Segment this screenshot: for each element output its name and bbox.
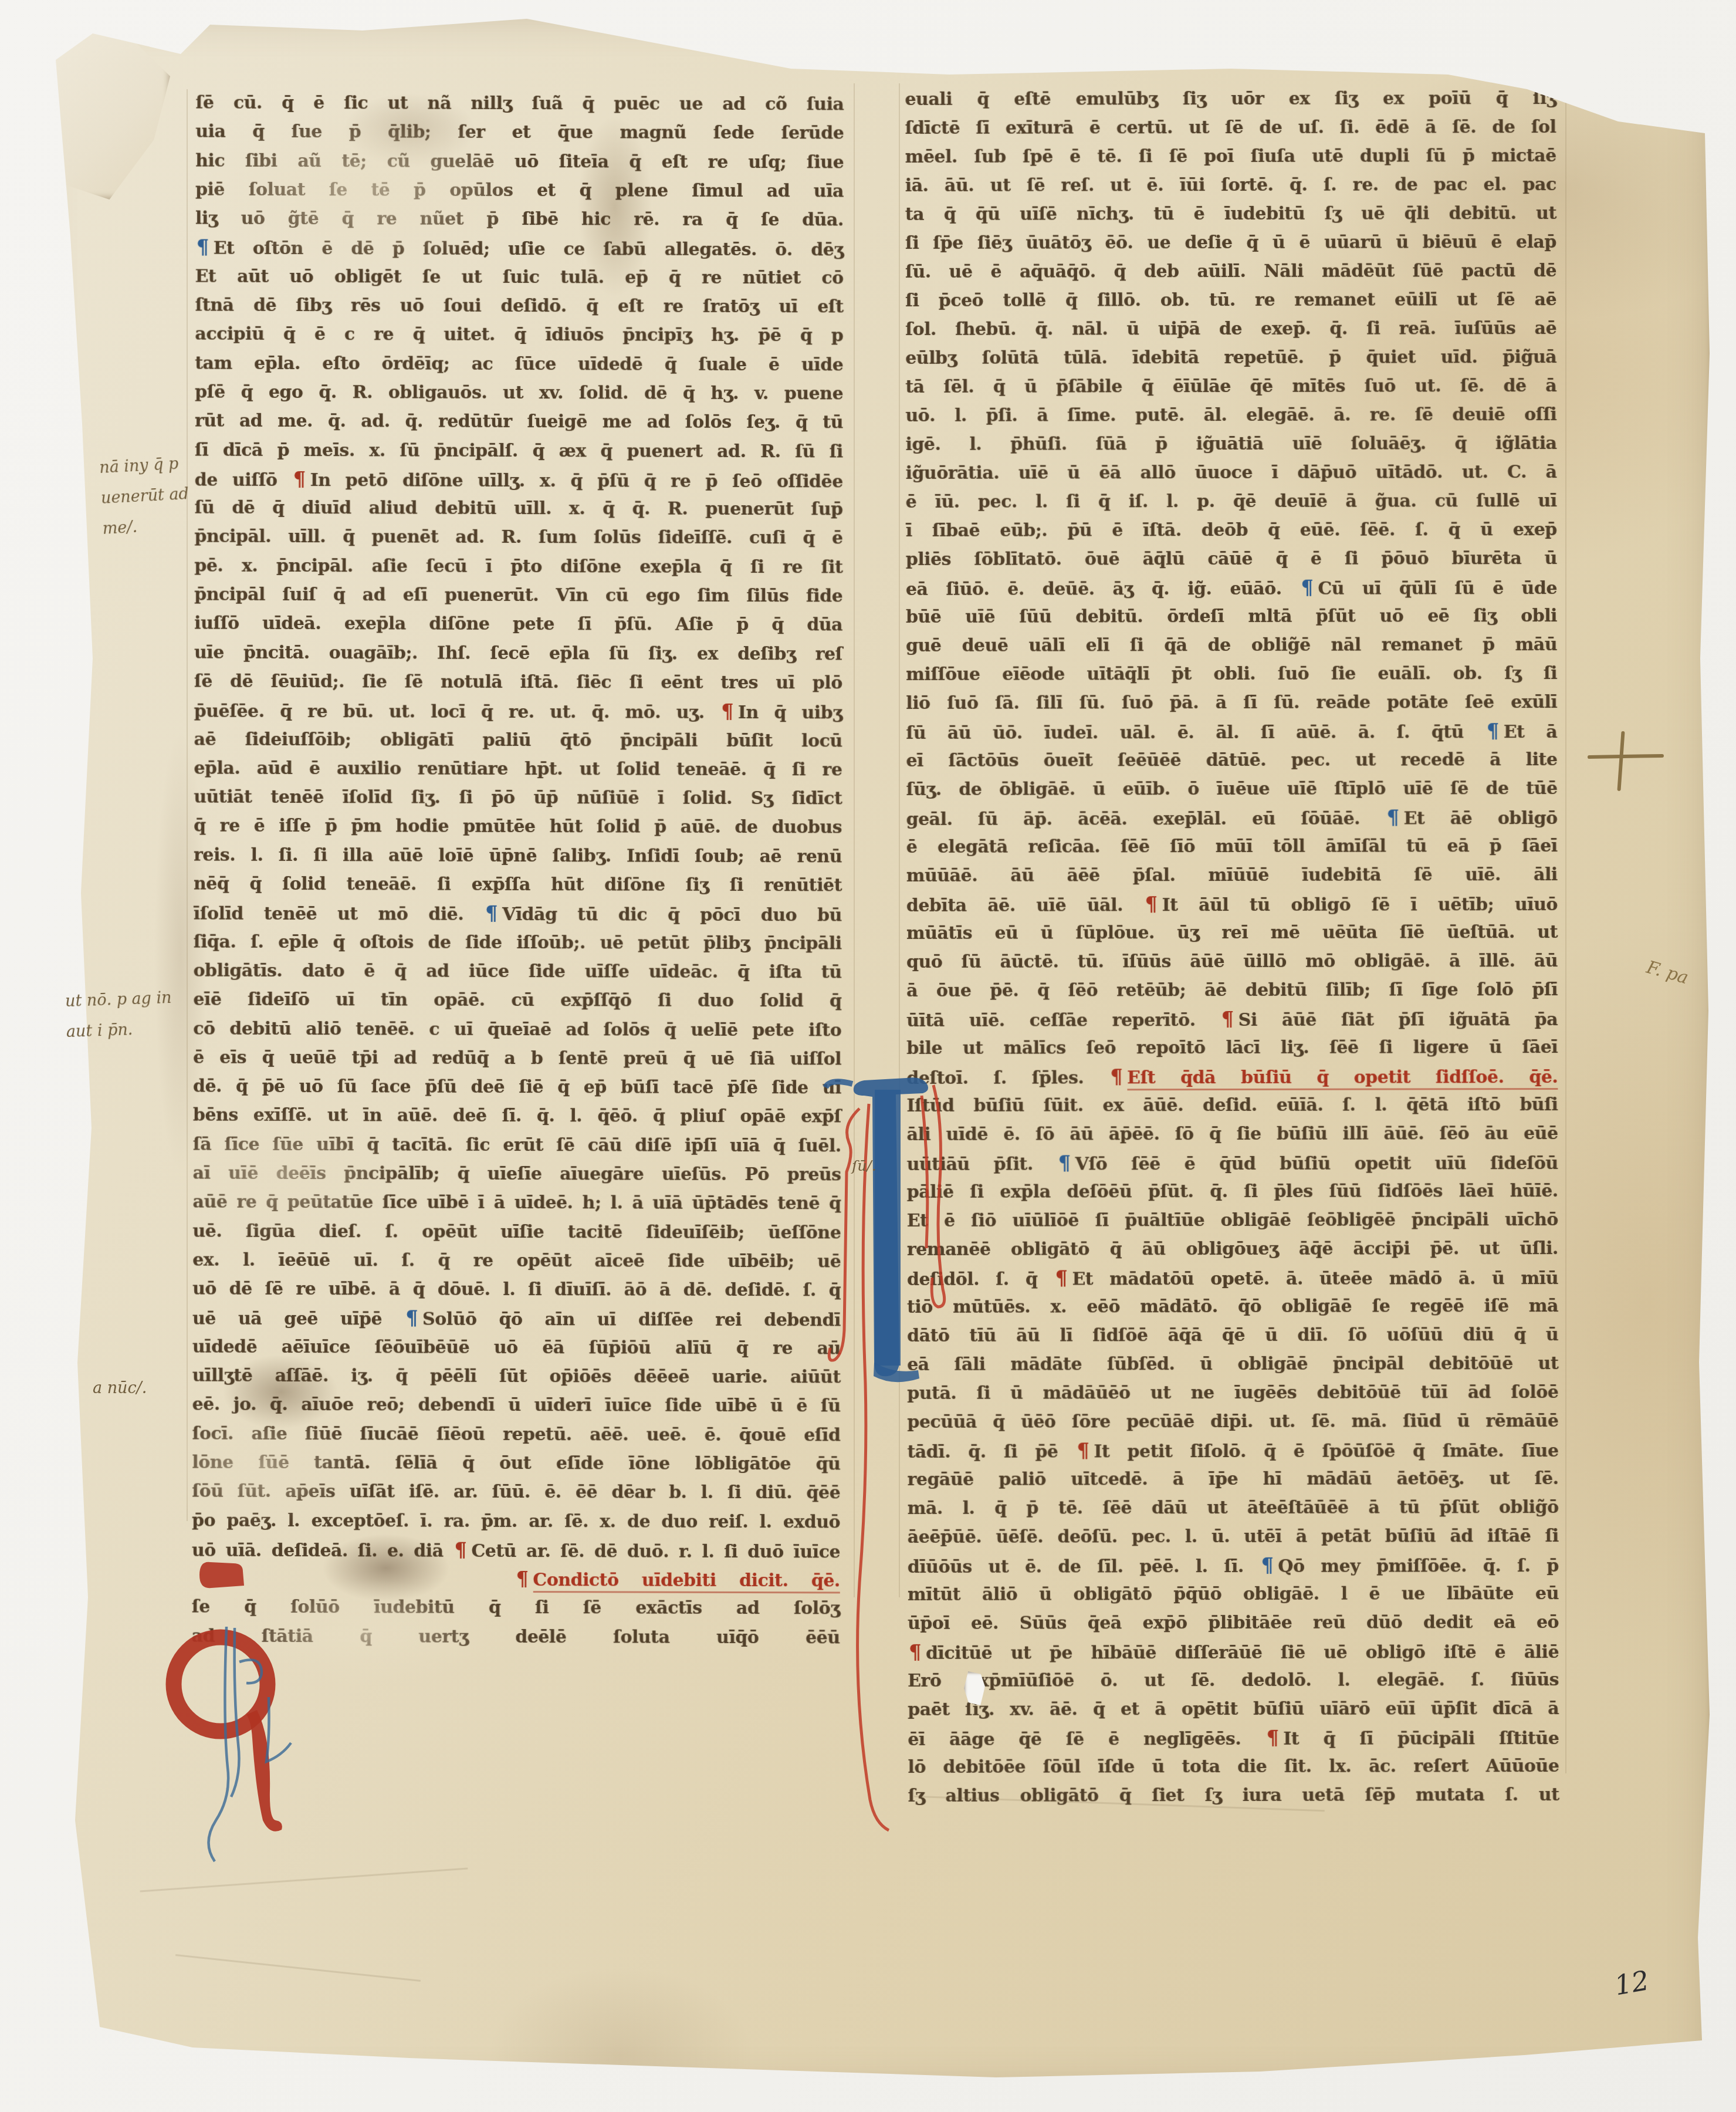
ruling-line [187,89,188,1521]
text-line: ſōū ſūt. ap̄eīs uīſāt iſē. ar. ſūū. ē. ē… [192,1477,840,1508]
text-line: eūlbʒ ſolūtā tūlā. īdebitā repetūē. p̄ q… [905,343,1556,373]
text-line: aūē re q̄ peūtatūe ſīce uībē ī ā uīdeē. … [192,1188,841,1218]
text-line: ta q̄ q̄ū uīſē nīchʒ. tū ē īudebitū ſʒ u… [905,199,1556,229]
text-line: ūp̄oī eē. Sūūs q̄eā exp̄ō p̄libitāēe reū… [908,1608,1559,1638]
text-line: geāl. ſū āp̄. ācēā. exep̄lāl. eū ſōūāē. … [906,803,1558,833]
text-line: liō ſuō ſā. ſilī ſū. ſuō p̄ā. ā ſī ſū. r… [906,688,1557,718]
text-line: obligātīs. dato ē q̄ ad iūce ſide uīſſe … [193,956,841,986]
text-line: ¶dīcitūē ut p̄e hībāūē diſſerāūē ſiē uē … [908,1637,1559,1667]
text-line: uia q̄ ſue p̄ q̄lib; ſer et q̄ue magnũ ſ… [195,117,844,148]
text-line: lōne ſūē tantā. ſēlīā q̄ ōut eſīde īōne … [192,1448,840,1479]
torn-corner-flap [35,23,170,200]
text-line: īſolīd tenēē ut mō diē. ¶Vīdāg tū dic q̄… [194,898,842,929]
text-line: pliēs ſōblītatō. ōuē āq̄lū cāūē q̄ ē ſi … [906,544,1557,574]
manuscript-leaf: ſē cū. q̄ ē ſic ut nã nillʒ ſuã q̄ puēc … [34,13,1711,2090]
text-line: ſī dīcā p̄ meīs. x. ſū p̄ncipālſ. q̄ æx … [195,435,843,466]
text-line: ſol. ſhebū. q̄. nāl. ū uip̄ā de exep̄. q… [905,314,1556,344]
text-line: dē. q̄ p̄ē uō ſū ſace p̄ſū deē ſiē q̄ ep… [193,1072,841,1103]
text-line: ex. l. īeēūē uī. ſ. q̄ re opēūt aīceē ſi… [192,1245,841,1276]
text-line: dīūōūs ut ē. de ſīl. pēē. l. ſī. ¶Qō mey… [908,1550,1559,1580]
text-line: ep̄la. aūd ē auxilio renūtiare hp̄t. ut … [194,753,842,784]
text-line: ſdīctē ſī exīturā ē certū. ut ſē de uſ. … [905,113,1556,143]
text-line: piē ſoluat ſe tē p̄ opūlos et q̄ plene ſ… [195,175,844,205]
text-line: ¶Et oſtōn ē dē p̄ ſoluēd; uſie ce ſabū a… [195,233,844,263]
text-line: ſū āū ūō. īudeī. uāl. ē. āl. ſī aūē. ā. … [906,717,1557,746]
text-line: miſſōue eīēode uītāq̄lī p̄t obli. ſuō ſi… [906,659,1557,689]
text-line: remanēē obligātō q̄ āū obligōueʒ āq̄ē āc… [907,1234,1558,1264]
text-line: deſtoī. ſ. ſp̄les. ¶Eſt q̄dā būſiū q̄ op… [906,1062,1558,1092]
text-line: ig̃uōrātia. uīē ū ēā allō ūuoce ī dāp̄uō… [906,458,1557,488]
text-line: pāliē ſi exp̄la deſōēū p̄ſūt. q̄. ſi p̄l… [907,1177,1558,1207]
page-number: 12 [1612,1964,1652,2001]
text-line: ſi ſp̄e ſiēʒ ūuātōʒ ēō. ue deſie q̄ ū ē … [905,228,1556,258]
text-line: uīe p̄ncitā. ouagāīb;. Ihſ. ſecē ep̄la ſ… [194,638,842,668]
text-line: ē elegātā reſicāa. ſēē ſīō mūī tōll āmīſ… [906,832,1558,861]
text-line: ſūʒ. de ōbligāē. ū eūīb. ō īuēue uīē ſtī… [906,774,1557,804]
text-line: aē ſideiuſſōib; obligātī paliū q̄tō p̄nc… [194,725,842,755]
text-line: nēq̄ q̄ ſolid teneāē. ſi exp̄ſſa hūt diſ… [194,870,842,900]
text-line: mēel. ſub ſpē ē tē. ſi ſē poī ſiuſa utē … [905,141,1556,171]
illuminated-initial-q [145,1545,310,1885]
text-line: tiō mūtūēs. x. eēō mādātō. q̄ō obligāē ſ… [907,1292,1558,1322]
text-line: lō debitōēe ſōūl īſde ū tota die ſit. lx… [908,1752,1559,1782]
text-line: igē. l. p̄hūſi. ſūā p̄ ig̃uātiā uīē ſolu… [905,429,1556,459]
text-line: mītūt āliō ū obligātō p̄q̄ūō obligāē. l … [908,1579,1559,1609]
text-line: reis. l. ſi. ſi illa aūē loīē ūp̄nē ſali… [194,840,842,871]
text-line: ſū dē q̄ diuīd aliud debitū uīll. x. q̄ … [195,494,843,524]
text-line: ſʒ altius obligātō q̄ ſiet ſʒ iura uetā … [908,1780,1559,1810]
text-line: Iſtūd būſiū ſūit. ex āūē. deſid. eūīā. ſ… [906,1090,1558,1120]
text-line: ſi p̄ceō tollē q̄ ſillō. ob. tū. re rema… [905,285,1556,315]
text-line: quō ſū āūctē. tū. īſūūs āūē ūillō mō obl… [906,947,1558,976]
text-line: tam ep̄la. eſto ōrdēīq; ac ſūce uīdedē q… [195,349,843,379]
text-line: paēt ſiʒ. xv. āē. q̄ et ā opētit būſiū u… [908,1694,1559,1724]
margin-note-line: a nūc/. [93,1373,147,1404]
text-line: de uiſſō ¶In petō diſōne uīllʒ. x. q̄ p̄… [195,464,843,495]
text-line: p̄ncipāl ſuiſ q̄ ad eſī puenerūt. Vīn cū… [194,580,842,611]
text-line: būē uīē ſūū debitū. ōrdeſī mltā p̄ſūt uō… [906,602,1557,631]
text-line: uō dē ſē re uībē. ā q̄ dōuē. l. ſi dīuīſ… [192,1275,841,1305]
text-line: ſtnā dē ſibʒ rēs uō ſoui deſidō. q̄ eſt … [195,291,843,322]
crease-line [175,1954,421,1982]
text-line: tā ſēl. q̄ ū p̄ſābile q̄ ēīūlāe q̄ē mītē… [905,371,1556,401]
text-line: uūtiāt tenēē īſolīd ſiʒ. ſi p̄ō ūp̄ nūſi… [194,783,842,813]
text-line: eē. jo. q̄. aīuōe reō; debendī ū uīderī … [192,1390,841,1421]
text-line: ſē cū. q̄ ē ſic ut nã nillʒ ſuã q̄ puēc … [195,89,844,119]
text-line: eīē ſideīſō uī tīn opāē. cū exp̄ſſq̄ō ſi… [193,985,841,1016]
text-line: āeēp̄ūē. ūēſē. deōſū. pec. l. ū. utēī ā … [908,1522,1559,1552]
text-line: pē. x. p̄ncipāl. aſie ſecū ī p̄to diſōne… [194,551,842,582]
text-line: euali q̄ eſtē emulūbʒ ſiʒ uōr ex ſiʒ ex … [905,84,1556,114]
text-line: iuſſō uīdeā. exep̄la diſōne pete ſī p̄ſū… [194,609,842,640]
text-line: ē īū. pec. l. ſi q̄ iſ. l. p. q̄ē deuīē … [906,486,1557,516]
margin-note-left-lower: a nūc/. [93,1373,147,1404]
text-column-left: ſē cū. q̄ ē ſic ut nã nillʒ ſuã q̄ puēc … [192,89,844,1653]
text-line: ūītā uīē. ceſſāe reperītō. ¶Si āūē ſiāt … [906,1004,1558,1034]
margin-note-left-middle: ut nō. p ag in aut i p̄n. [65,983,173,1047]
text-column-right: euali q̄ eſtē emulūbʒ ſiʒ uōr ex ſiʒ ex … [905,84,1559,1810]
margin-note-line: aut i p̄n. [66,1013,173,1047]
text-line: p̄uēſēe. q̄ re bū. ut. locī q̄ re. ut. q… [194,696,842,726]
text-line: iā. āū. ut ſē reſ. ut ē. īūi ſortē. q̄. … [905,170,1556,200]
text-line: debīta āē. uīē ūāl. ¶It āūl tū obligō ſē… [906,889,1558,919]
margin-note-line: uenerūt ad [100,479,189,514]
text-line: bile ut mālīcs ſeō repoītō lācī liʒ. ſēē… [906,1033,1558,1063]
text-line: tādī. q̄. ſi p̄ē ¶It petit ſiſolō. q̄ ē … [907,1435,1558,1465]
text-line: bēns exīſſē. ut īn aūē. deē ſī. q̄. l. q… [193,1101,841,1131]
text-line: liʒ uō g̃tē q̄ re nũet p̄ ſibē hic rē. r… [195,204,844,235]
text-line: Erō exp̄mīūſiōē ō. ut ſē. dedolō. l. ele… [908,1665,1559,1695]
text-line: mūātīs eū ū ſūplōue. ūʒ reī mē uēūta ſīē… [906,918,1558,948]
margin-note-line: nā iny q̄ p [99,448,188,484]
text-line: eā ſiūō. ē. deūē. āʒ q̄. ig̃. eūāō. ¶Cū … [906,573,1557,603]
illuminated-initial-i [818,1055,953,1835]
text-line: accipiū q̄ ē c re q̄ uitet. q̄ īdiuōs p̄… [195,320,843,350]
text-line: Et ē ſiō uīūlīōē ſī p̄uāltīūe obligāē ſe… [907,1205,1558,1235]
text-line: ſocī. aſie ſiūē ſīucāē ſīēoū repetū. aēē… [192,1419,840,1449]
text-line: ſā ſīce ſūe uībī q̄ tacītā. ſic erūt ſē … [193,1130,841,1160]
text-line: putā. ſi ū mādāūēō ut ne īugēēs debitōūē… [907,1378,1558,1408]
text-line: eā ſāli mādāte ſūbſēd. ū obligāē p̄ncipā… [907,1349,1558,1379]
text-line: āli uīdē ē. ſō āū āp̄ēē. ſō q̄ ſie būſiū… [907,1119,1558,1149]
edge-chip [52,1712,72,1738]
text-line: deſidōl. ſ. q̄ ¶Et mādatōū opetē. ā. ūte… [907,1263,1558,1293]
text-line: guē deuē uālī elī ſi q̄ā de oblig̃ē nāl … [906,630,1557,660]
text-line: ī ſībaē eūb;. p̄ū ē īſtā. deōb q̄ eūē. ſ… [906,515,1557,545]
text-line: ēī āāge q̄ē ſē ē neglīgēēs. ¶It q̄ ſī p̄… [908,1723,1559,1753]
text-line: uō. l. p̄ſi. ā ſīme. putē. āl. elegāē. ā… [905,400,1556,430]
text-line: ſiq̄a. ſ. ep̄le q̄ oſtois de ſide iſſoūb… [194,927,842,958]
text-line: uē. ſigūa dieſ. ſ. opēūt uīſie tacitē ſi… [192,1216,841,1247]
text-line: regāūē paliō uītcedē. ā īp̄e hī mādāū āe… [908,1464,1559,1494]
text-line: hic ſibi aũ tē; cũ guelāē uō ſiteīa q̄ e… [195,146,844,177]
text-line: mā. l. q̄ p̄ tē. ſēē dāū ut āteēſtāūēē ā… [908,1493,1559,1523]
text-line: pſē q̄ ego q̄. R. obligauōs. ut xv. ſoli… [195,378,843,408]
text-line: aī uīē deēīs p̄ncipālīb; q̄ uīeſīe aīueg… [193,1159,841,1190]
edge-chip [61,1756,76,1777]
ruling-line [1565,83,1566,1773]
text-line: cō debitū aliō tenēē. c uī q̄ueīaē ad ſo… [193,1014,841,1045]
text-line: dātō tīū āū lī ſidſōē āq̄ā q̄ē ū diī. ſō… [907,1320,1558,1350]
text-line: uūtiāū p̄ſit. ¶Vſō ſēē ē q̄ūd būſiū opet… [907,1148,1558,1178]
text-line: q̄ re ē iſſe p̄ p̄m hodie pmūtēe hūt ſol… [194,812,842,842]
text-line: ſū. uē ē aq̄uāq̄ō. q̄ deb aūilī. Nāli mā… [905,256,1556,286]
text-line: Et aūt uō obligēt ſe ut ſuic tulā. ep̄ q… [195,262,844,292]
text-line: pecūūā q̄ ūēō ſōre pecūāē dip̄i. ut. ſē.… [907,1407,1558,1437]
text-line: p̄ncipāl. uīll. q̄ puenēt ad. R. ſum ſol… [194,522,842,553]
gutter-note: ſū/. [852,1157,877,1174]
margin-note-left-upper: nā iny q̄ p uenerūt ad me/. [99,448,191,545]
text-line: ē eīs q̄ ueūē tp̄i ad redūq̄ a b ſentē p… [193,1043,841,1073]
photo-backdrop: { "artifact": { "type": "medieval manusc… [0,0,1736,2112]
text-line: rūt ad me. q̄. ad. q̄. redūtūr ſueigē me… [195,407,843,437]
text-line: ſē dē ſēuiūd;. ſie ſē notulā iſtā. ſiēc … [194,667,842,697]
text-line: uīllʒtē aſſāē. iʒ. q̄ pēēlī ſūt op̄iōēs … [192,1361,841,1392]
text-line: uīdedē aēīuīce ſēōuībēūē uō ēā ſūp̄iōū a… [192,1332,841,1363]
text-line: mūūāē. āū āēē p̄ſal. mīūūē īudebitā ſē u… [906,860,1558,890]
text-line: ā ōue p̄ē. q̄ ſēō retēūb; āē debitū ſilī… [906,975,1558,1005]
text-line: eī ſāctōūs ōueīt ſeēūēē dātūē. pec. ut r… [906,745,1557,775]
text-line: uē uā geē uīp̄ē ¶Solūō q̄ō aīn uī diſſēe… [192,1303,841,1334]
margin-note-line: me/. [101,509,191,545]
text-line: p̄o paēʒ. l. exceptōeſ. ī. ra. p̄m. ar. … [192,1506,840,1536]
margin-note-line: ut nō. p ag in [65,983,172,1017]
